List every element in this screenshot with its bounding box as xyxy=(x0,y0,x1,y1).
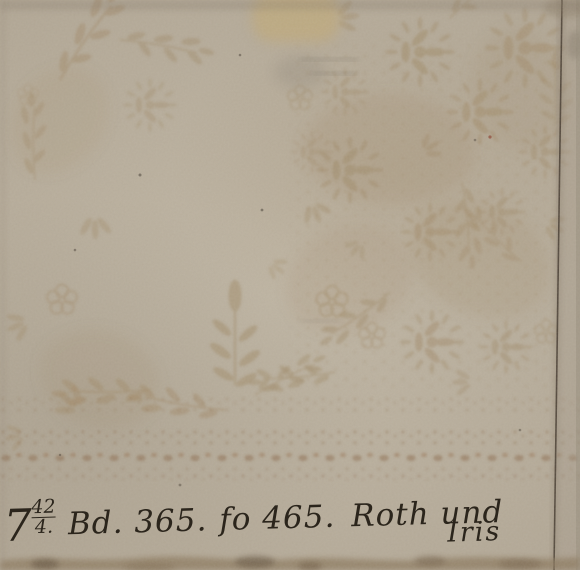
fraction-numerator: 42 xyxy=(31,498,56,518)
volume-reference: Bd. 365. xyxy=(67,502,207,542)
inscription: 7424.Bd. 365.fo 465.Roth und Iris xyxy=(3,481,577,570)
yardage-fraction: 424. xyxy=(31,498,56,538)
fraction-denominator: 4. xyxy=(32,517,57,538)
folio-reference: fo 465. xyxy=(219,499,336,538)
scanned-page: 7424.Bd. 365.fo 465.Roth und Iris xyxy=(0,0,580,570)
color-note-second-line: Iris xyxy=(447,516,502,548)
yardage-whole: 7 xyxy=(3,500,30,552)
